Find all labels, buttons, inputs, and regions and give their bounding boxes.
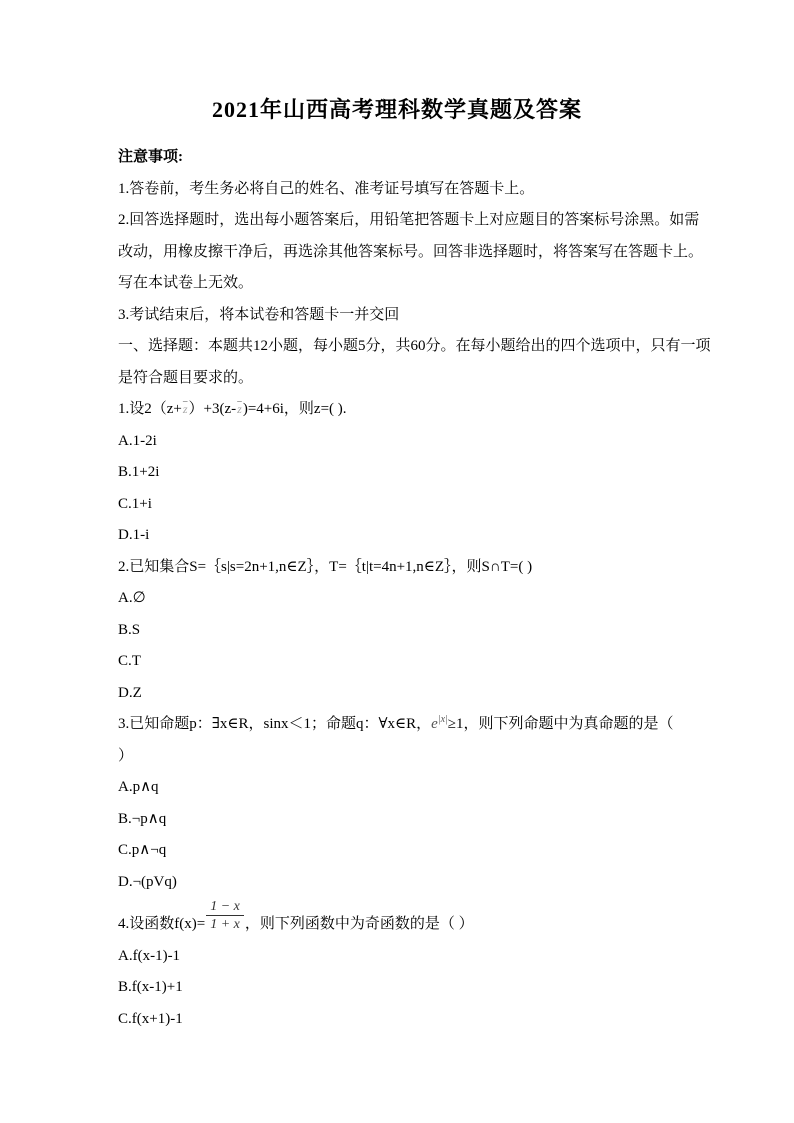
- q4-option-a: A.f(x-1)-1: [118, 941, 684, 973]
- q2-option-b: B.S: [118, 615, 684, 647]
- q1-option-c: C.1+i: [118, 489, 684, 521]
- page-title: 2021年山西高考理科数学真题及答案: [0, 0, 794, 123]
- q1-option-b: B.1+2i: [118, 457, 684, 489]
- q4-option-b: B.f(x-1)+1: [118, 972, 684, 1004]
- question-2-stem: 2.已知集合S=｛s|s=2n+1,n∈Z｝，T=｛t|t=4n+1,n∈Z｝，…: [118, 552, 684, 584]
- document-body: 注意事项: 1.答卷前，考生务必将自己的姓名、准考证号填写在答题卡上。 2.回答…: [118, 142, 684, 1035]
- q1-stem-text-3: )=4+6i，则z=( ).: [243, 401, 347, 417]
- notice-heading: 注意事项:: [118, 142, 684, 174]
- q1-option-a: A.1-2i: [118, 426, 684, 458]
- z-conjugate-symbol: z: [236, 402, 243, 416]
- notice-item-3: 3.考试结束后，将本试卷和答题卡一并交回: [118, 300, 684, 332]
- q3-option-b: B.¬p∧q: [118, 804, 684, 836]
- notice-item-2-line-1: 2.回答选择题时，选出每小题答案后，用铅笔把答题卡上对应题目的答案标号涂黑。如需: [118, 205, 684, 237]
- fraction-numerator: 1 − x: [206, 898, 244, 916]
- notice-item-2-line-2: 改动，用橡皮擦干净后，再选涂其他答案标号。回答非选择题时，将答案写在答题卡上。: [118, 237, 684, 269]
- q1-option-d: D.1-i: [118, 520, 684, 552]
- exam-document-page: 2021年山西高考理科数学真题及答案 注意事项: 1.答卷前，考生务必将自己的姓…: [0, 0, 794, 1123]
- section-heading-line-1: 一、选择题：本题共12小题，每小题5分，共60分。在每小题给出的四个选项中，只有…: [118, 331, 684, 363]
- q1-stem-text-2: ）+3(z-: [189, 401, 237, 417]
- q4-stem-text-2: ，则下列函数中为奇函数的是（ ）: [245, 916, 474, 932]
- fraction-denominator: 1 + x: [206, 916, 244, 933]
- notice-item-1: 1.答卷前，考生务必将自己的姓名、准考证号填写在答题卡上。: [118, 174, 684, 206]
- q4-stem-text-1: 4.设函数f(x)=: [118, 916, 205, 932]
- q4-option-c: C.f(x+1)-1: [118, 1004, 684, 1036]
- q2-option-a: A.∅: [118, 583, 684, 615]
- z-conjugate-symbol: z: [182, 402, 189, 416]
- e-power-abs-x-formula: e|x|: [431, 716, 448, 732]
- q3-option-d: D.¬(pVq): [118, 867, 684, 899]
- q3-option-a: A.p∧q: [118, 772, 684, 804]
- q2-option-c: C.T: [118, 646, 684, 678]
- section-heading-line-2: 是符合题目要求的。: [118, 363, 684, 395]
- question-3-stem-line-1: 3.已知命题p：∃x∈R，sinx＜1；命题q：∀x∈R，e|x|≥1，则下列命…: [118, 709, 684, 741]
- question-4-stem: 4.设函数f(x)=1 − x1 + x，则下列函数中为奇函数的是（ ）: [118, 898, 684, 941]
- q3-option-c: C.p∧¬q: [118, 835, 684, 867]
- notice-item-2-line-3: 写在本试卷上无效。: [118, 268, 684, 300]
- q3-stem-text-2: ≥1，则下列命题中为真命题的是（: [448, 716, 674, 732]
- fraction-formula: 1 − x1 + x: [206, 898, 244, 933]
- question-1-stem: 1.设2（z+z）+3(z-z)=4+6i，则z=( ).: [118, 394, 684, 426]
- e-base: e: [431, 716, 438, 732]
- q1-stem-text-1: 1.设2（z+: [118, 401, 182, 417]
- question-3-stem-line-2: ）: [118, 741, 684, 773]
- q2-option-d: D.Z: [118, 678, 684, 710]
- q3-stem-text-1: 3.已知命题p：∃x∈R，sinx＜1；命题q：∀x∈R，: [118, 716, 431, 732]
- e-exponent: |x|: [438, 714, 448, 725]
